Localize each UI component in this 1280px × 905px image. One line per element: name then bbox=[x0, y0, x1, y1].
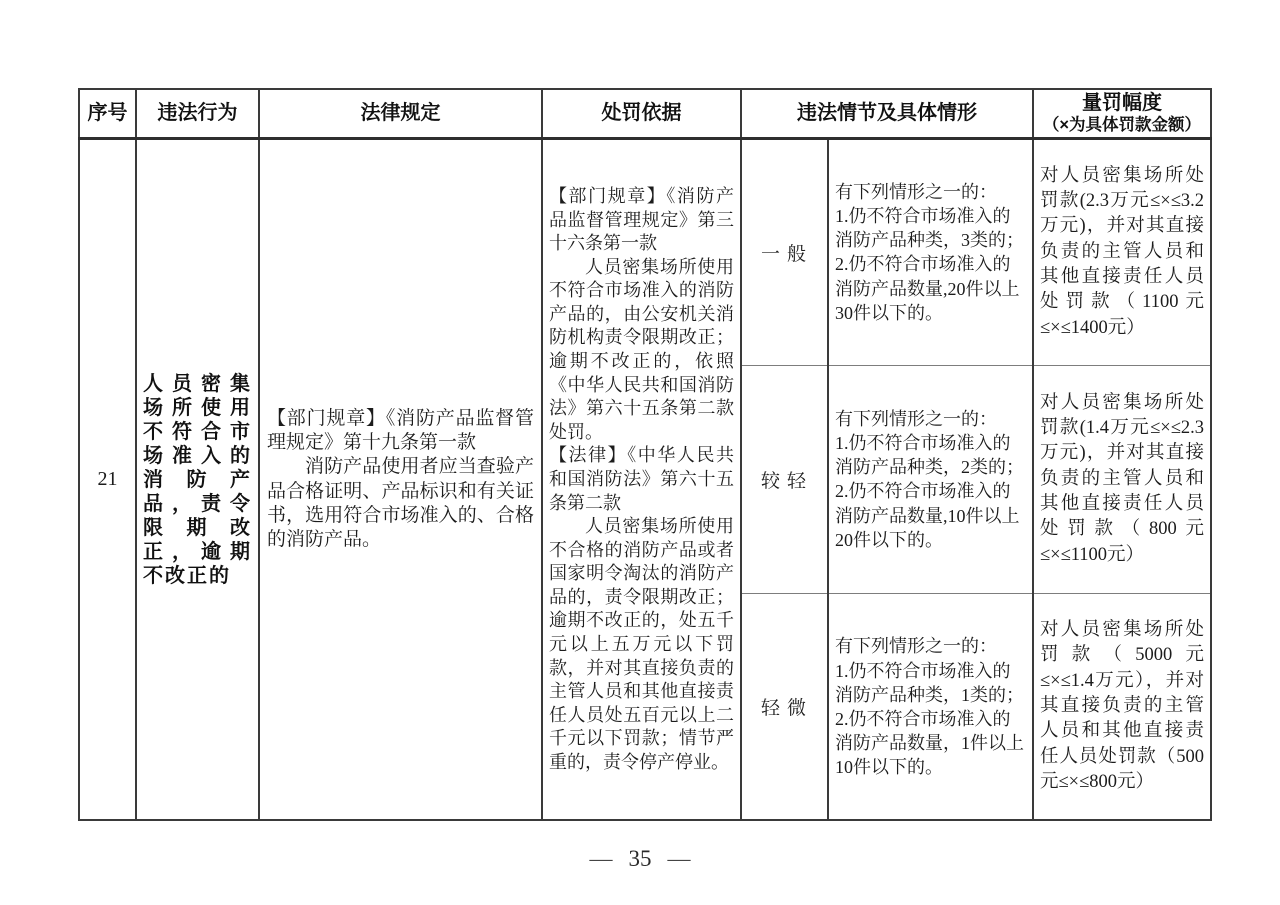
header-cell-behavior: 违法行为 bbox=[136, 89, 259, 138]
situations-intro: 有下列情形之一的： bbox=[835, 634, 1026, 658]
behavior-cell: 人员密集场所使用不符合市场准入的消防产品，责令限期改正，逾期不改正的 bbox=[136, 138, 259, 820]
legal-provision-cell: 【部门规章】《消防产品监督管理规定》第十九条第一款 消防产品使用者应当查验产品合… bbox=[259, 138, 542, 820]
penalty-range-text: 对人员密集场所处罚款（5000元≤×≤1.4万元），并对其直接负责的主管人员和其… bbox=[1040, 618, 1204, 795]
penalty-discretion-table: 序号 违法行为 法律规定 处罚依据 违法情节及具体情形 量罚幅度 （×为具体罚款… bbox=[78, 88, 1212, 821]
situations-item-1: 1.仍不符合市场准入的消防产品种类，1类的； bbox=[835, 659, 1026, 707]
header-cell-legal: 法律规定 bbox=[259, 89, 542, 138]
document-page: 序号 违法行为 法律规定 处罚依据 违法情节及具体情形 量罚幅度 （×为具体罚款… bbox=[0, 0, 1280, 905]
header-cell-basis: 处罚依据 bbox=[542, 89, 741, 138]
severity-level-lighter: 较轻 bbox=[741, 365, 828, 593]
severity-level-general: 一般 bbox=[741, 138, 828, 365]
penalty-basis-title-1: 【部门规章】《消防产品监督管理规定》第三十六条第一款 bbox=[549, 185, 734, 256]
header-penalty-range-note: （×为具体罚款金额） bbox=[1036, 116, 1208, 135]
situations-cell-general: 有下列情形之一的： 1.仍不符合市场准入的消防产品种类，3类的； 2.仍不符合市… bbox=[828, 138, 1033, 365]
legal-provision-title: 【部门规章】《消防产品监督管理规定》第十九条第一款 bbox=[267, 407, 534, 456]
situations-intro: 有下列情形之一的： bbox=[835, 407, 1026, 431]
header-cell-situations: 违法情节及具体情形 bbox=[741, 89, 1033, 138]
situations-item-1: 1.仍不符合市场准入的消防产品种类，2类的； bbox=[835, 431, 1026, 479]
header-penalty-range-title: 量罚幅度 bbox=[1082, 92, 1162, 114]
severity-level-minor: 轻微 bbox=[741, 593, 828, 820]
situations-cell-lighter: 有下列情形之一的： 1.仍不符合市场准入的消防产品种类，2类的； 2.仍不符合市… bbox=[828, 365, 1033, 593]
header-cell-penalty-range: 量罚幅度 （×为具体罚款金额） bbox=[1033, 89, 1211, 138]
penalty-basis-body-2: 人员密集场所使用不合格的消防产品或者国家明令淘汰的消防产品的，责令限期改正；逾期… bbox=[549, 515, 734, 774]
penalty-range-text: 对人员密集场所处罚款(2.3万元≤×≤3.2万元)，并对其直接负责的主管人员和其… bbox=[1040, 164, 1204, 341]
page-number: 35 bbox=[629, 846, 652, 871]
situations-item-2: 2.仍不符合市场准入的消防产品数量，1件以上10件以下的。 bbox=[835, 707, 1026, 779]
penalty-range-cell-general: 对人员密集场所处罚款(2.3万元≤×≤3.2万元)，并对其直接负责的主管人员和其… bbox=[1033, 138, 1211, 365]
situations-intro: 有下列情形之一的： bbox=[835, 180, 1026, 204]
legal-provision-body: 消防产品使用者应当查验产品合格证明、产品标识和有关证书，选用符合市场准入的、合格… bbox=[267, 455, 534, 552]
footer-right-dash: — bbox=[668, 846, 691, 871]
penalty-range-text: 对人员密集场所处罚款(1.4万元≤×≤2.3万元)，并对其直接负责的主管人员和其… bbox=[1040, 391, 1204, 568]
situations-cell-minor: 有下列情形之一的： 1.仍不符合市场准入的消防产品种类，1类的； 2.仍不符合市… bbox=[828, 593, 1033, 820]
situations-item-1: 1.仍不符合市场准入的消防产品种类，3类的； bbox=[835, 204, 1026, 252]
situations-item-2: 2.仍不符合市场准入的消防产品数量,20件以上30件以下的。 bbox=[835, 252, 1026, 324]
table-row: 21 人员密集场所使用不符合市场准入的消防产品，责令限期改正，逾期不改正的 【部… bbox=[79, 138, 1211, 365]
footer-left-dash: — bbox=[590, 846, 613, 871]
penalty-basis-title-2: 【法律】《中华人民共和国消防法》第六十五条第二款 bbox=[549, 444, 734, 515]
penalty-basis-cell: 【部门规章】《消防产品监督管理规定》第三十六条第一款 人员密集场所使用不符合市场… bbox=[542, 138, 741, 820]
page-footer: —35— bbox=[0, 846, 1280, 872]
penalty-basis-body-1: 人员密集场所使用不符合市场准入的消防产品的，由公安机关消防机构责令限期改正；逾期… bbox=[549, 256, 734, 445]
penalty-range-cell-lighter: 对人员密集场所处罚款(1.4万元≤×≤2.3万元)，并对其直接负责的主管人员和其… bbox=[1033, 365, 1211, 593]
table-header-row: 序号 违法行为 法律规定 处罚依据 违法情节及具体情形 量罚幅度 （×为具体罚款… bbox=[79, 89, 1211, 138]
seq-number-cell: 21 bbox=[79, 138, 136, 820]
header-cell-seq: 序号 bbox=[79, 89, 136, 138]
situations-item-2: 2.仍不符合市场准入的消防产品数量,10件以上20件以下的。 bbox=[835, 479, 1026, 551]
penalty-range-cell-minor: 对人员密集场所处罚款（5000元≤×≤1.4万元），并对其直接负责的主管人员和其… bbox=[1033, 593, 1211, 820]
